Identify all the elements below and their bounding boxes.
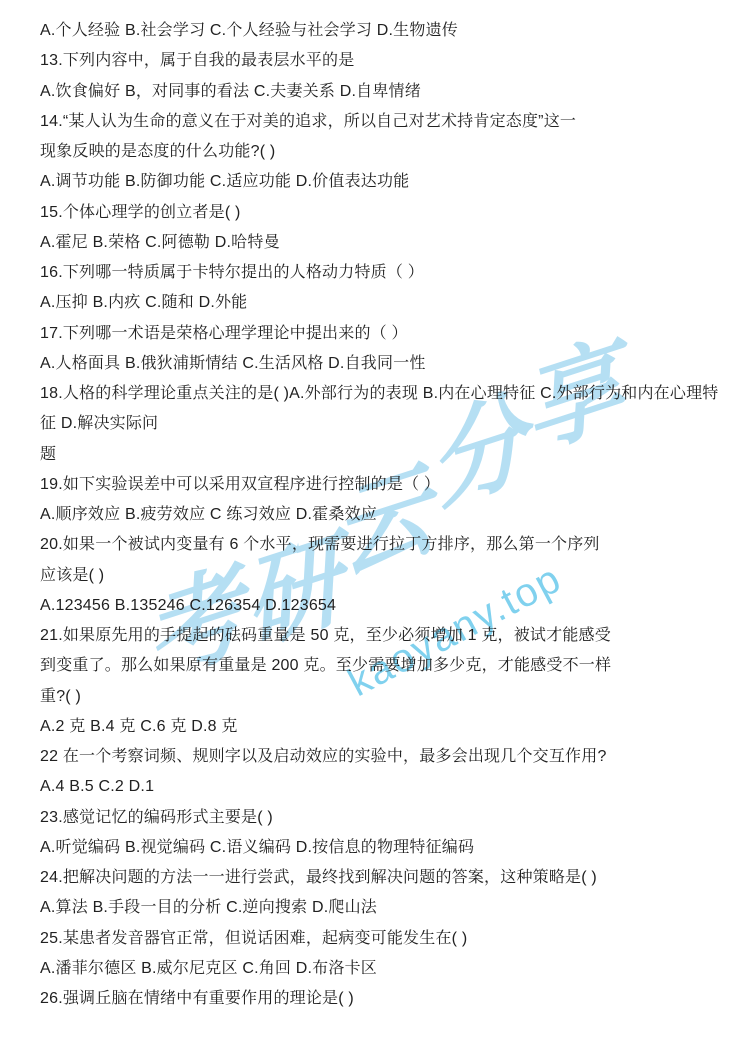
- text-line: 14.“某人认为生命的意义在于对美的追求，所以自己对艺术持肯定态度”这一: [40, 107, 735, 137]
- text-line: 22 在一个考察词频、规则字以及启动效应的实验中，最多会出现几个交互作用?: [40, 742, 735, 772]
- text-line: A.4 B.5 C.2 D.1: [40, 772, 735, 802]
- text-line: A.人格面具 B.俄狄浦斯情结 C.生活风格 D.自我同一性: [40, 349, 735, 379]
- text-line: 15.个体心理学的创立者是( ): [40, 198, 735, 228]
- text-line: A.顺序效应 B.疲劳效应 C 练习效应 D.霍桑效应: [40, 500, 735, 530]
- text-line: A.压抑 B.内疚 C.随和 D.外能: [40, 288, 735, 318]
- text-line: A.调节功能 B.防御功能 C.适应功能 D.价值表达功能: [40, 167, 735, 197]
- text-line: A.个人经验 B.社会学习 C.个人经验与社会学习 D.生物遗传: [40, 16, 735, 46]
- text-line: 13.下列内容中，属于自我的最表层水平的是: [40, 46, 735, 76]
- text-line: A.潘菲尔德区 B.威尔尼克区 C.角回 D.布洛卡区: [40, 954, 735, 984]
- document-lines: A.个人经验 B.社会学习 C.个人经验与社会学习 D.生物遗传13.下列内容中…: [0, 0, 755, 1046]
- exam-page: 考研云分享 kaoyany.top A.个人经验 B.社会学习 C.个人经验与社…: [0, 0, 755, 1046]
- text-line: 征 D.解决实际问: [40, 409, 735, 439]
- text-line: 20.如果一个被试内变量有 6 个水平，现需要进行拉丁方排序，那么第一个序列: [40, 530, 735, 560]
- text-line: A.算法 B.手段一目的分析 C.逆向搜索 D.爬山法: [40, 893, 735, 923]
- text-line: 18.人格的科学理论重点关注的是( )A.外部行为的表现 B.内在心理特征 C.…: [40, 379, 735, 409]
- text-line: 21.如果原先用的手提起的砝码重量是 50 克，至少必须增加 1 克，被试才能感…: [40, 621, 735, 651]
- text-line: 26.强调丘脑在情绪中有重要作用的理论是( ): [40, 984, 735, 1014]
- text-line: 23.感觉记忆的编码形式主要是( ): [40, 803, 735, 833]
- text-line: 25.某患者发音器官正常，但说话困难，起病变可能发生在( ): [40, 924, 735, 954]
- text-line: 24.把解决问题的方法一一进行尝武，最终找到解决问题的答案，这种策略是( ): [40, 863, 735, 893]
- text-line: 19.如下实验误差中可以采用双宣程序进行控制的是（ ）: [40, 470, 735, 500]
- text-line: A.123456 B.135246 C.126354 D.123654: [40, 591, 735, 621]
- text-line: 现象反映的是态度的什么功能?( ): [40, 137, 735, 167]
- text-line: 16.下列哪一特质属于卡特尔提出的人格动力特质（ ）: [40, 258, 735, 288]
- text-line: A.2 克 B.4 克 C.6 克 D.8 克: [40, 712, 735, 742]
- text-line: 应该是( ): [40, 561, 735, 591]
- text-line: 到变重了。那么如果原有重量是 200 克。至少需要增加多少克，才能感受不一样: [40, 651, 735, 681]
- text-line: A.听觉编码 B.视觉编码 C.语义编码 D.按信息的物理特征编码: [40, 833, 735, 863]
- text-line: A.霍尼 B.荣格 C.阿德勒 D.哈特曼: [40, 228, 735, 258]
- text-line: A.饮食偏好 B，对同事的看法 C.夫妻关系 D.自卑情绪: [40, 77, 735, 107]
- text-line: 重?( ): [40, 682, 735, 712]
- text-line: 17.下列哪一术语是荣格心理学理论中提出来的（ ）: [40, 319, 735, 349]
- text-line: 题: [40, 440, 735, 470]
